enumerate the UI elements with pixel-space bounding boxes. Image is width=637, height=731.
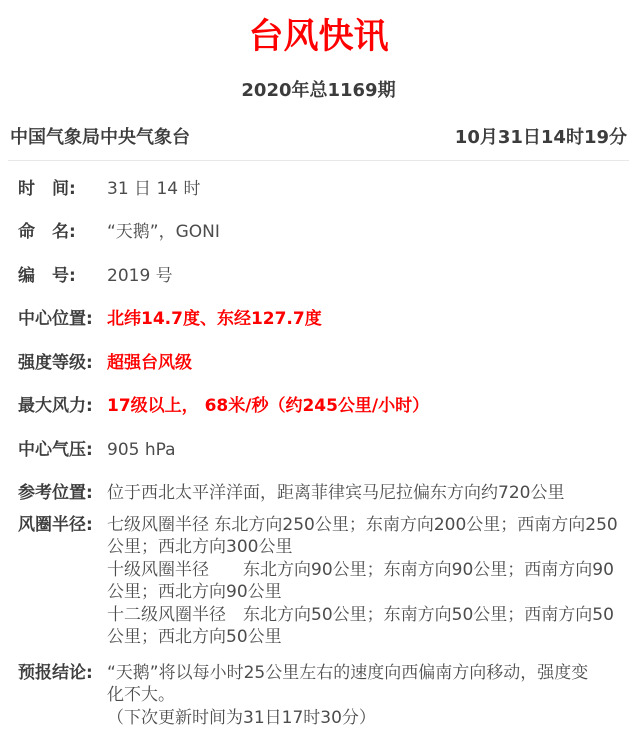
field-row-reference-position: 参考位置:位于西北太平洋洋面，距离菲律宾马尼拉偏东方向约720公里 (0, 482, 637, 505)
field-value-line: 2019 号 (107, 265, 637, 288)
field-label-wind-circle-radius: 风圈半径: (0, 514, 107, 537)
field-label-central-pressure: 中心气压: (0, 439, 107, 462)
field-value-number: 2019 号 (107, 265, 637, 288)
header-divider (8, 160, 629, 161)
field-value-line: （下次更新时间为31日17时30分） (107, 707, 637, 730)
field-value-name: “天鹅”，GONI (107, 221, 637, 244)
field-value-line: “天鹅”将以每小时25公里左右的速度向西偏南方向移动，强度变 (107, 662, 637, 685)
field-label-center-position: 中心位置: (0, 308, 107, 331)
field-label-reference-position: 参考位置: (0, 482, 107, 505)
field-label-intensity-level: 强度等级: (0, 352, 107, 375)
field-value-central-pressure: 905 hPa (107, 439, 637, 462)
field-value-intensity-level: 超强台风级 (107, 352, 637, 375)
field-value-line: 十级风圈半径 东北方向90公里；东南方向90公里；西南方向90 (107, 559, 637, 582)
field-row-wind-circle-radius: 风圈半径:七级风圈半径 东北方向250公里；东南方向200公里；西南方向250公… (0, 514, 637, 649)
agency-name: 中国气象局中央气象台 (10, 126, 190, 149)
field-value-line: 公里；西北方向300公里 (107, 536, 637, 559)
field-value-line: 17级以上， 68米/秒（约245公里/小时） (107, 395, 637, 418)
field-value-line: 公里；西北方向50公里 (107, 626, 637, 649)
field-value-line: 十二级风圈半径 东北方向50公里；东南方向50公里；西南方向50 (107, 604, 637, 627)
field-value-max-wind: 17级以上， 68米/秒（约245公里/小时） (107, 395, 637, 418)
issue-number: 2020年总1169期 (0, 79, 637, 102)
field-row-max-wind: 最大风力:17级以上， 68米/秒（约245公里/小时） (0, 395, 637, 418)
field-row-number: 编 号:2019 号 (0, 265, 637, 288)
field-value-line: 七级风圈半径 东北方向250公里；东南方向200公里；西南方向250 (107, 514, 637, 537)
field-value-forecast-conclusion: “天鹅”将以每小时25公里左右的速度向西偏南方向移动，强度变化不大。（下次更新时… (107, 662, 637, 730)
page-title: 台风快讯 (0, 16, 637, 58)
field-value-reference-position: 位于西北太平洋洋面，距离菲律宾马尼拉偏东方向约720公里 (107, 482, 637, 505)
fields-list: 时 间:31 日 14 时命 名:“天鹅”，GONI编 号:2019 号中心位置… (0, 178, 637, 730)
field-value-line: 31 日 14 时 (107, 178, 637, 201)
field-value-line: 位于西北太平洋洋面，距离菲律宾马尼拉偏东方向约720公里 (107, 482, 637, 505)
issue-datetime: 10月31日14时19分 (455, 126, 627, 149)
field-label-time: 时 间: (0, 178, 107, 201)
field-row-central-pressure: 中心气压:905 hPa (0, 439, 637, 462)
field-value-line: 北纬14.7度、东经127.7度 (107, 308, 637, 331)
agency-row: 中国气象局中央气象台 10月31日14时19分 (10, 126, 627, 149)
field-value-line: 905 hPa (107, 439, 637, 462)
field-value-time: 31 日 14 时 (107, 178, 637, 201)
field-row-name: 命 名:“天鹅”，GONI (0, 221, 637, 244)
field-row-center-position: 中心位置:北纬14.7度、东经127.7度 (0, 308, 637, 331)
field-label-name: 命 名: (0, 221, 107, 244)
field-value-line: 化不大。 (107, 684, 637, 707)
field-value-center-position: 北纬14.7度、东经127.7度 (107, 308, 637, 331)
field-row-time: 时 间:31 日 14 时 (0, 178, 637, 201)
field-value-wind-circle-radius: 七级风圈半径 东北方向250公里；东南方向200公里；西南方向250公里；西北方… (107, 514, 637, 649)
field-value-line: 公里；西北方向90公里 (107, 581, 637, 604)
field-row-forecast-conclusion: 预报结论:“天鹅”将以每小时25公里左右的速度向西偏南方向移动，强度变化不大。（… (0, 662, 637, 730)
field-value-line: “天鹅”，GONI (107, 221, 637, 244)
field-label-number: 编 号: (0, 265, 107, 288)
field-value-line: 超强台风级 (107, 352, 637, 375)
field-label-max-wind: 最大风力: (0, 395, 107, 418)
typhoon-bulletin-page: 台风快讯 2020年总1169期 中国气象局中央气象台 10月31日14时19分… (0, 0, 637, 731)
field-label-forecast-conclusion: 预报结论: (0, 662, 107, 685)
field-row-intensity-level: 强度等级:超强台风级 (0, 352, 637, 375)
